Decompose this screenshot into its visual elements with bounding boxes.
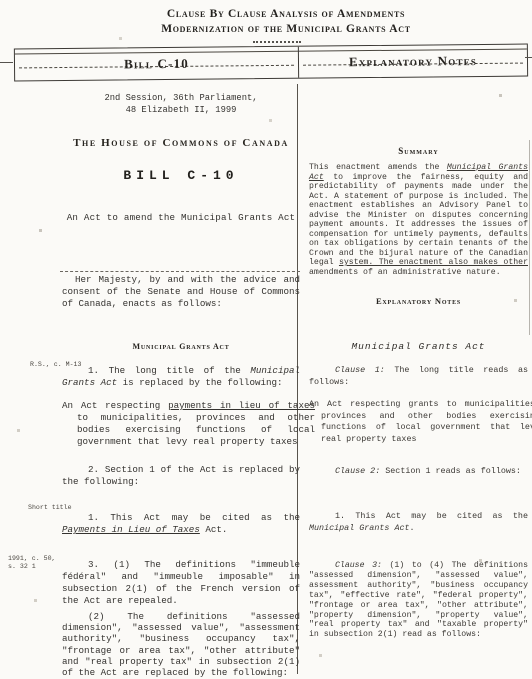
- note-clause-3-label: Clause 3:: [335, 561, 382, 570]
- rc-short-title-pre: 1. This Act may be cited as the: [335, 511, 528, 521]
- note-clause-3-text: (1) to (4) The definitions "assessed dim…: [309, 561, 528, 639]
- note-clause-2-label: Clause 2:: [335, 466, 380, 476]
- scan-edge-artifact: [529, 140, 530, 335]
- summary-heading: Summary: [309, 146, 528, 156]
- scanned-document-page: Clause By Clause Analysis of Amendments …: [0, 0, 532, 679]
- short-title-pre: 1. This Act may be cited as the: [88, 512, 300, 523]
- session-line2: 48 Elizabeth II, 1999: [62, 104, 300, 116]
- new-long-title-underlined: payments in lieu of taxes: [168, 400, 315, 411]
- bill-long-title: An Act to amend the Municipal Grants Act: [62, 212, 300, 223]
- clause-1-post: is replaced by the following:: [117, 377, 282, 388]
- rc-short-title-act-name: Municipal Grants Act: [309, 523, 410, 533]
- old-long-title: An Act respecting grants to municipaliti…: [309, 399, 532, 445]
- session-lines: 2nd Session, 36th Parliament, 48 Elizabe…: [62, 92, 300, 116]
- column-header-box: Bill C-10 Explanatory Notes: [14, 44, 528, 82]
- enacting-clause-text: Her Majesty, by and with the advice and …: [62, 274, 300, 309]
- summary-pre: This enactment amends the: [309, 163, 447, 172]
- scan-dash-artifact: [60, 271, 300, 272]
- notes-column-header-label: Explanatory Notes: [343, 52, 483, 69]
- margin-note-1991-line2: s. 32 1: [8, 563, 55, 571]
- margin-note-1991-line1: 1991, c. 50,: [8, 555, 55, 563]
- scan-speckles: [0, 0, 1, 1]
- act-heading-right: Municipal Grants Act: [309, 341, 528, 352]
- clause-3-sub1: 3. (1) The definitions "immeuble fédéral…: [62, 559, 300, 607]
- bill-column-header-label: Bill C-10: [118, 55, 195, 72]
- rc-short-title-post: .: [410, 523, 415, 533]
- short-title-post: Act.: [200, 524, 228, 535]
- short-title-act-name: Payments in Lieu of Taxes: [62, 524, 200, 535]
- margin-note-1991: 1991, c. 50, s. 32 1: [8, 555, 55, 570]
- bill-column-header-cell: Bill C-10: [15, 47, 299, 81]
- summary-paragraph: This enactment amends the Municipal Gran…: [309, 163, 528, 277]
- act-heading-left: Municipal Grants Act: [62, 342, 300, 351]
- note-clause-3: Clause 3: (1) to (4) The definitions "as…: [309, 561, 528, 640]
- notes-column-header-cell: Explanatory Notes: [299, 45, 527, 78]
- scan-dash-artifact: [525, 57, 532, 58]
- new-long-title-post: to municipalities, provinces and other b…: [77, 412, 315, 447]
- explanatory-notes-heading: Explanatory Notes: [309, 296, 528, 306]
- document-title-line1: Clause By Clause Analysis of Amendments: [20, 7, 532, 22]
- short-title-provision-left: 1. This Act may be cited as the Payments…: [62, 512, 300, 536]
- summary-post: amendments of an administrative nature.: [309, 268, 501, 277]
- margin-note-rs: R.S., c. M-13: [30, 361, 81, 369]
- short-title-provision-right: 1. This Act may be cited as the Municipa…: [309, 511, 528, 534]
- clause-1-pre: 1. The long title of the: [88, 365, 250, 376]
- clause-2-provision: 2. Section 1 of the Act is replaced by t…: [62, 464, 300, 488]
- dotted-separator-rule: [253, 41, 301, 43]
- margin-note-short-title: Short title: [28, 504, 72, 512]
- summary-mid: to improve the fairness, equity and pred…: [309, 173, 528, 268]
- document-title: Clause By Clause Analysis of Amendments …: [20, 7, 532, 37]
- house-of-commons-heading: The House of Commons of Canada: [62, 137, 300, 149]
- enacting-clause: Her Majesty, by and with the advice and …: [62, 274, 300, 310]
- session-line1: 2nd Session, 36th Parliament,: [62, 92, 300, 104]
- new-long-title-pre: An Act respecting: [62, 400, 168, 411]
- new-long-title: An Act respecting payments in lieu of ta…: [62, 400, 315, 448]
- note-clause-1-label: Clause 1:: [335, 365, 385, 375]
- clause-3-sub2: (2) The definitions "assessed dimension"…: [62, 611, 300, 678]
- note-clause-2-text: Section 1 reads as follows:: [380, 466, 521, 476]
- scan-dash-artifact: [0, 62, 13, 63]
- note-clause-2: Clause 2: Section 1 reads as follows:: [309, 466, 528, 478]
- bill-number-heading: BILL C-10: [62, 168, 300, 183]
- clause-1-provision: 1. The long title of the Municipal Grant…: [62, 365, 300, 389]
- document-title-line2: Modernization of the Municipal Grants Ac…: [20, 22, 532, 37]
- summary-underlined: system. The enactment also makes other: [339, 258, 528, 267]
- note-clause-1: Clause 1: The long title reads as follow…: [309, 365, 528, 388]
